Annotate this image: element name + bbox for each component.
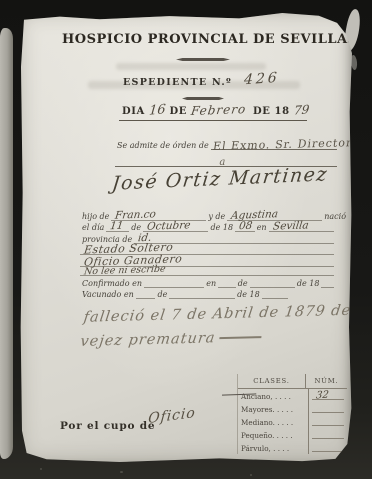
date-month-handwritten: Febrero [190,102,250,118]
table-row: Párvulo, . . . . [238,441,347,454]
label-conf-de18: de 18 [297,279,320,288]
date-day-handwritten: 16 [148,102,166,119]
flourish-mark: a [219,157,225,168]
clases-table: CLASES. NÚM. Anciano, . . . . 32 Mayores… [237,374,347,454]
label-en: en [257,223,267,232]
dust-speck [250,474,252,476]
table-header-clases: CLASES. [238,374,306,388]
label-vacunado-en: Vacunado en [82,290,134,299]
cupo-label: Por el cupo de [60,420,155,432]
admit-value-handwritten: El Exmo. Sr. Director [212,136,353,153]
row-num-cell [309,441,347,454]
literacy-handwritten: No lee ni escribe [83,264,166,278]
expediente-line: ESPEDIENTE N.º 426 [123,70,280,89]
row-label-pequeno: Pequeño. . . . . [238,428,309,441]
label-conf-de: de [238,279,248,288]
dust-speck [120,471,123,473]
birth-day-blank: 11 [106,221,129,232]
estado-blank: Estado Soltero [80,244,334,255]
flourish-dash [219,336,261,339]
table-row: Mediano. . . . . [238,415,347,428]
rule-line [119,120,307,121]
father-blank: Fran.co [111,210,206,221]
birth-place-blank: Sevilla [269,221,334,232]
date-label-de: DE [169,106,187,117]
label-de-18: de 18 [210,223,233,232]
expediente-label: ESPEDIENTE N.º [123,77,232,88]
num-blank-line [312,425,344,426]
num-blank-line [312,438,344,439]
row-num-cell [309,428,347,441]
table-row: Anciano, . . . . 32 [238,389,347,402]
anciano-num-handwritten: 32 [315,390,329,402]
confirmado-line: Confirmado en en de de 18 [80,276,334,288]
birth-date-line: el día 11 de Octubre de 18 08 en Sevilla [80,221,334,233]
document-title: HOSPICIO PROVINCIAL DE SEVILLA. [62,32,338,47]
label-el-dia: el día [82,223,104,232]
ornamental-rule [182,97,224,100]
literacy-blank: No lee ni escribe [80,265,334,276]
table-header-row: CLASES. NÚM. [238,374,347,389]
row-label-mayores: Mayores. . . . . [238,402,309,415]
literacy-line: No lee ni escribe [80,267,334,277]
num-blank-line [312,451,344,452]
confirmado-blank [250,277,295,288]
birth-year-handwritten: 08 [238,220,253,233]
ornamental-rule [176,58,230,61]
confirmado-blank [144,277,204,288]
bleed-through-text [116,63,266,70]
birth-month-blank: Octubre [143,221,208,232]
row-num-cell: 32 [309,389,347,402]
birth-place-handwritten: Sevilla [272,219,309,232]
table-row: Mayores. . . . . [238,402,347,415]
inmate-name-handwritten: José Ortiz Martinez [111,163,329,195]
label-nacio: nació [324,212,346,221]
vacunado-blank [169,288,235,299]
mother-name-handwritten: Agustina [231,208,280,222]
cupo-value-handwritten: Oficio [147,405,196,427]
date-year-handwritten: 79 [293,102,310,117]
vacunado-line: Vacunado en de de 18 [80,288,288,300]
row-label-anciano: Anciano, . . . . [238,389,309,402]
filiation-block: hijo de Fran.co y de Agustina nació el d… [80,209,334,299]
row-num-cell [309,402,347,415]
birth-day-handwritten: 11 [110,220,125,233]
admission-order-line: Se admite de órden de El Exmo. Sr. Direc… [115,136,337,150]
admit-blank-line: El Exmo. Sr. Director [211,136,337,150]
admit-label: Se admite de órden de [117,141,209,150]
adjacent-page-edge [0,28,13,459]
date-label-de18: DE 18 [253,106,290,117]
confirmado-blank [218,277,236,288]
vacunado-blank [136,288,156,299]
label-vac-de18: de 18 [237,290,260,299]
num-blank-line [312,412,344,413]
row-label-mediano: Mediano. . . . . [238,415,309,428]
row-num-cell [309,415,347,428]
table-header-num: NÚM. [306,374,347,388]
confirmado-blank [321,277,334,288]
label-vac-de: de [157,290,167,299]
date-label-dia: DIA [122,106,145,117]
row-label-parvulo: Párvulo, . . . . [238,441,309,454]
table-row: Pequeño. . . . . [238,428,347,441]
scanned-document-photo: HOSPICIO PROVINCIAL DE SEVILLA. ESPEDIEN… [0,0,372,479]
death-note-handwritten: falleció el 7 de Abril de 1879 de la vej… [79,298,372,354]
label-y-de: y de [208,212,225,221]
expediente-number-handwritten: 426 [244,70,281,89]
label-hijo-de: hijo de [82,212,109,221]
birth-month-handwritten: Octubre [146,219,191,233]
vacunado-blank [262,288,288,299]
label-de: de [131,223,141,232]
label-conf-en: en [206,279,216,288]
estado-line: Estado Soltero [80,244,334,256]
label-confirmado-en: Confirmado en [82,279,142,288]
birth-year-blank: 08 [235,221,255,232]
dust-speck [40,468,42,470]
admission-date-line: DIA 16 DE Febrero DE 18 79 [122,103,309,118]
document-page: HOSPICIO PROVINCIAL DE SEVILLA. ESPEDIEN… [20,13,352,462]
